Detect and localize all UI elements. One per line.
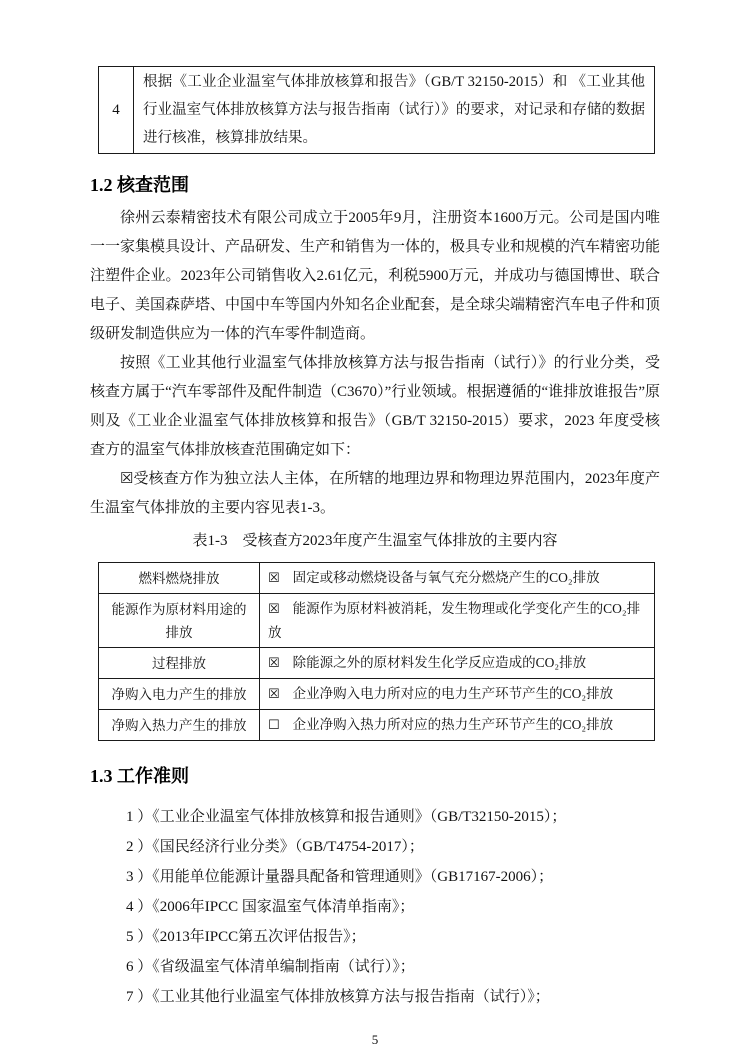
industry-classification-paragraph: 按照《工业其他行业温室气体排放核算方法与报告指南（试行）》的行业分类，受核查方属… bbox=[90, 349, 660, 465]
emission-description-cell: ☒固定或移动燃烧设备与氧气充分燃烧产生的CO₂排放 bbox=[260, 563, 655, 594]
page-number: 5 bbox=[0, 1032, 750, 1048]
emission-description-cell: ☒能源作为原材料被消耗，发生物理或化学变化产生的CO₂排放 bbox=[260, 594, 655, 648]
emission-category: 能源作为原材料用途的排放 bbox=[99, 594, 260, 648]
work-rule-item: 5 ）《2013年IPCC第五次评估报告》； bbox=[126, 922, 660, 952]
emission-category: 净购入热力产生的排放 bbox=[99, 710, 260, 741]
table-row: 能源作为原材料用途的排放 ☒能源作为原材料被消耗，发生物理或化学变化产生的CO₂… bbox=[99, 594, 655, 648]
table-row: 过程排放 ☒除能源之外的原材料发生化学反应造成的CO₂排放 bbox=[99, 648, 655, 679]
work-rule-item: 7 ）《工业其他行业温室气体排放核算方法与报告指南（试行）》； bbox=[126, 982, 660, 1012]
table-1-3: 燃料燃烧排放 ☒固定或移动燃烧设备与氧气充分燃烧产生的CO₂排放 能源作为原材料… bbox=[98, 562, 655, 741]
emission-description: 能源作为原材料被消耗，发生物理或化学变化产生的CO₂排放 bbox=[268, 601, 640, 640]
work-rule-item: 3 ）《用能单位能源计量器具配备和管理通则》（GB17167-2006）； bbox=[126, 862, 660, 892]
section-1-2-heading: 1.2 核查范围 bbox=[90, 171, 660, 197]
table-row: 净购入电力产生的排放 ☒企业净购入电力所对应的电力生产环节产生的CO₂排放 bbox=[99, 679, 655, 710]
emission-description: 固定或移动燃烧设备与氧气充分燃烧产生的CO₂排放 bbox=[293, 570, 600, 585]
checked-checkbox-icon: ☒ bbox=[268, 571, 280, 586]
emission-category: 燃料燃烧排放 bbox=[99, 563, 260, 594]
table-1-3-caption: 表1-3 受核查方2023年度产生温室气体排放的主要内容 bbox=[90, 528, 660, 554]
table-row: 净购入热力产生的排放 ☐企业净购入热力所对应的热力生产环节产生的CO₂排放 bbox=[99, 710, 655, 741]
company-intro-paragraph: 徐州云泰精密技术有限公司成立于2005年9月，注册资本1600万元。公司是国内唯… bbox=[90, 204, 660, 349]
emission-description: 企业净购入热力所对应的热力生产环节产生的CO₂排放 bbox=[293, 717, 613, 732]
unchecked-checkbox-icon: ☐ bbox=[268, 718, 280, 733]
work-rule-item: 2 ）《国民经济行业分类》（GB/T4754-2017）； bbox=[126, 832, 660, 862]
emission-description-cell: ☐企业净购入热力所对应的热力生产环节产生的CO₂排放 bbox=[260, 710, 655, 741]
emission-description-cell: ☒除能源之外的原材料发生化学反应造成的CO₂排放 bbox=[260, 648, 655, 679]
checked-checkbox-icon: ☒ bbox=[268, 602, 280, 617]
work-rule-item: 4 ）《2006年IPCC 国家温室气体清单指南》； bbox=[126, 892, 660, 922]
row-number-cell: 4 bbox=[99, 67, 134, 154]
continued-table: 4 根据《工业企业温室气体排放核算和报告》（GB/T 32150-2015）和 … bbox=[98, 66, 655, 154]
table-row: 4 根据《工业企业温室气体排放核算和报告》（GB/T 32150-2015）和 … bbox=[99, 67, 655, 154]
table-row: 燃料燃烧排放 ☒固定或移动燃烧设备与氧气充分燃烧产生的CO₂排放 bbox=[99, 563, 655, 594]
work-rule-item: 6 ）《省级温室气体清单编制指南（试行）》； bbox=[126, 952, 660, 982]
verification-boundary-paragraph: ☒受核查方作为独立法人主体，在所辖的地理边界和物理边界范围内，2023年度产生温… bbox=[90, 465, 660, 523]
emission-description-cell: ☒企业净购入电力所对应的电力生产环节产生的CO₂排放 bbox=[260, 679, 655, 710]
checked-checkbox-icon: ☒ bbox=[268, 687, 280, 702]
emission-description: 企业净购入电力所对应的电力生产环节产生的CO₂排放 bbox=[293, 686, 613, 701]
emission-category: 过程排放 bbox=[99, 648, 260, 679]
work-rules-list: 1 ）《工业企业温室气体排放核算和报告通则》（GB/T32150-2015）； … bbox=[90, 802, 660, 1012]
work-rule-item: 1 ）《工业企业温室气体排放核算和报告通则》（GB/T32150-2015）； bbox=[126, 802, 660, 832]
checked-checkbox-icon: ☒ bbox=[268, 656, 280, 671]
row-text-cell: 根据《工业企业温室气体排放核算和报告》（GB/T 32150-2015）和 《工… bbox=[134, 67, 655, 154]
section-1-3-heading: 1.3 工作准则 bbox=[90, 762, 660, 788]
emission-category: 净购入电力产生的排放 bbox=[99, 679, 260, 710]
emission-description: 除能源之外的原材料发生化学反应造成的CO₂排放 bbox=[293, 655, 586, 670]
document-page: 4 根据《工业企业温室气体排放核算和报告》（GB/T 32150-2015）和 … bbox=[0, 0, 750, 1061]
